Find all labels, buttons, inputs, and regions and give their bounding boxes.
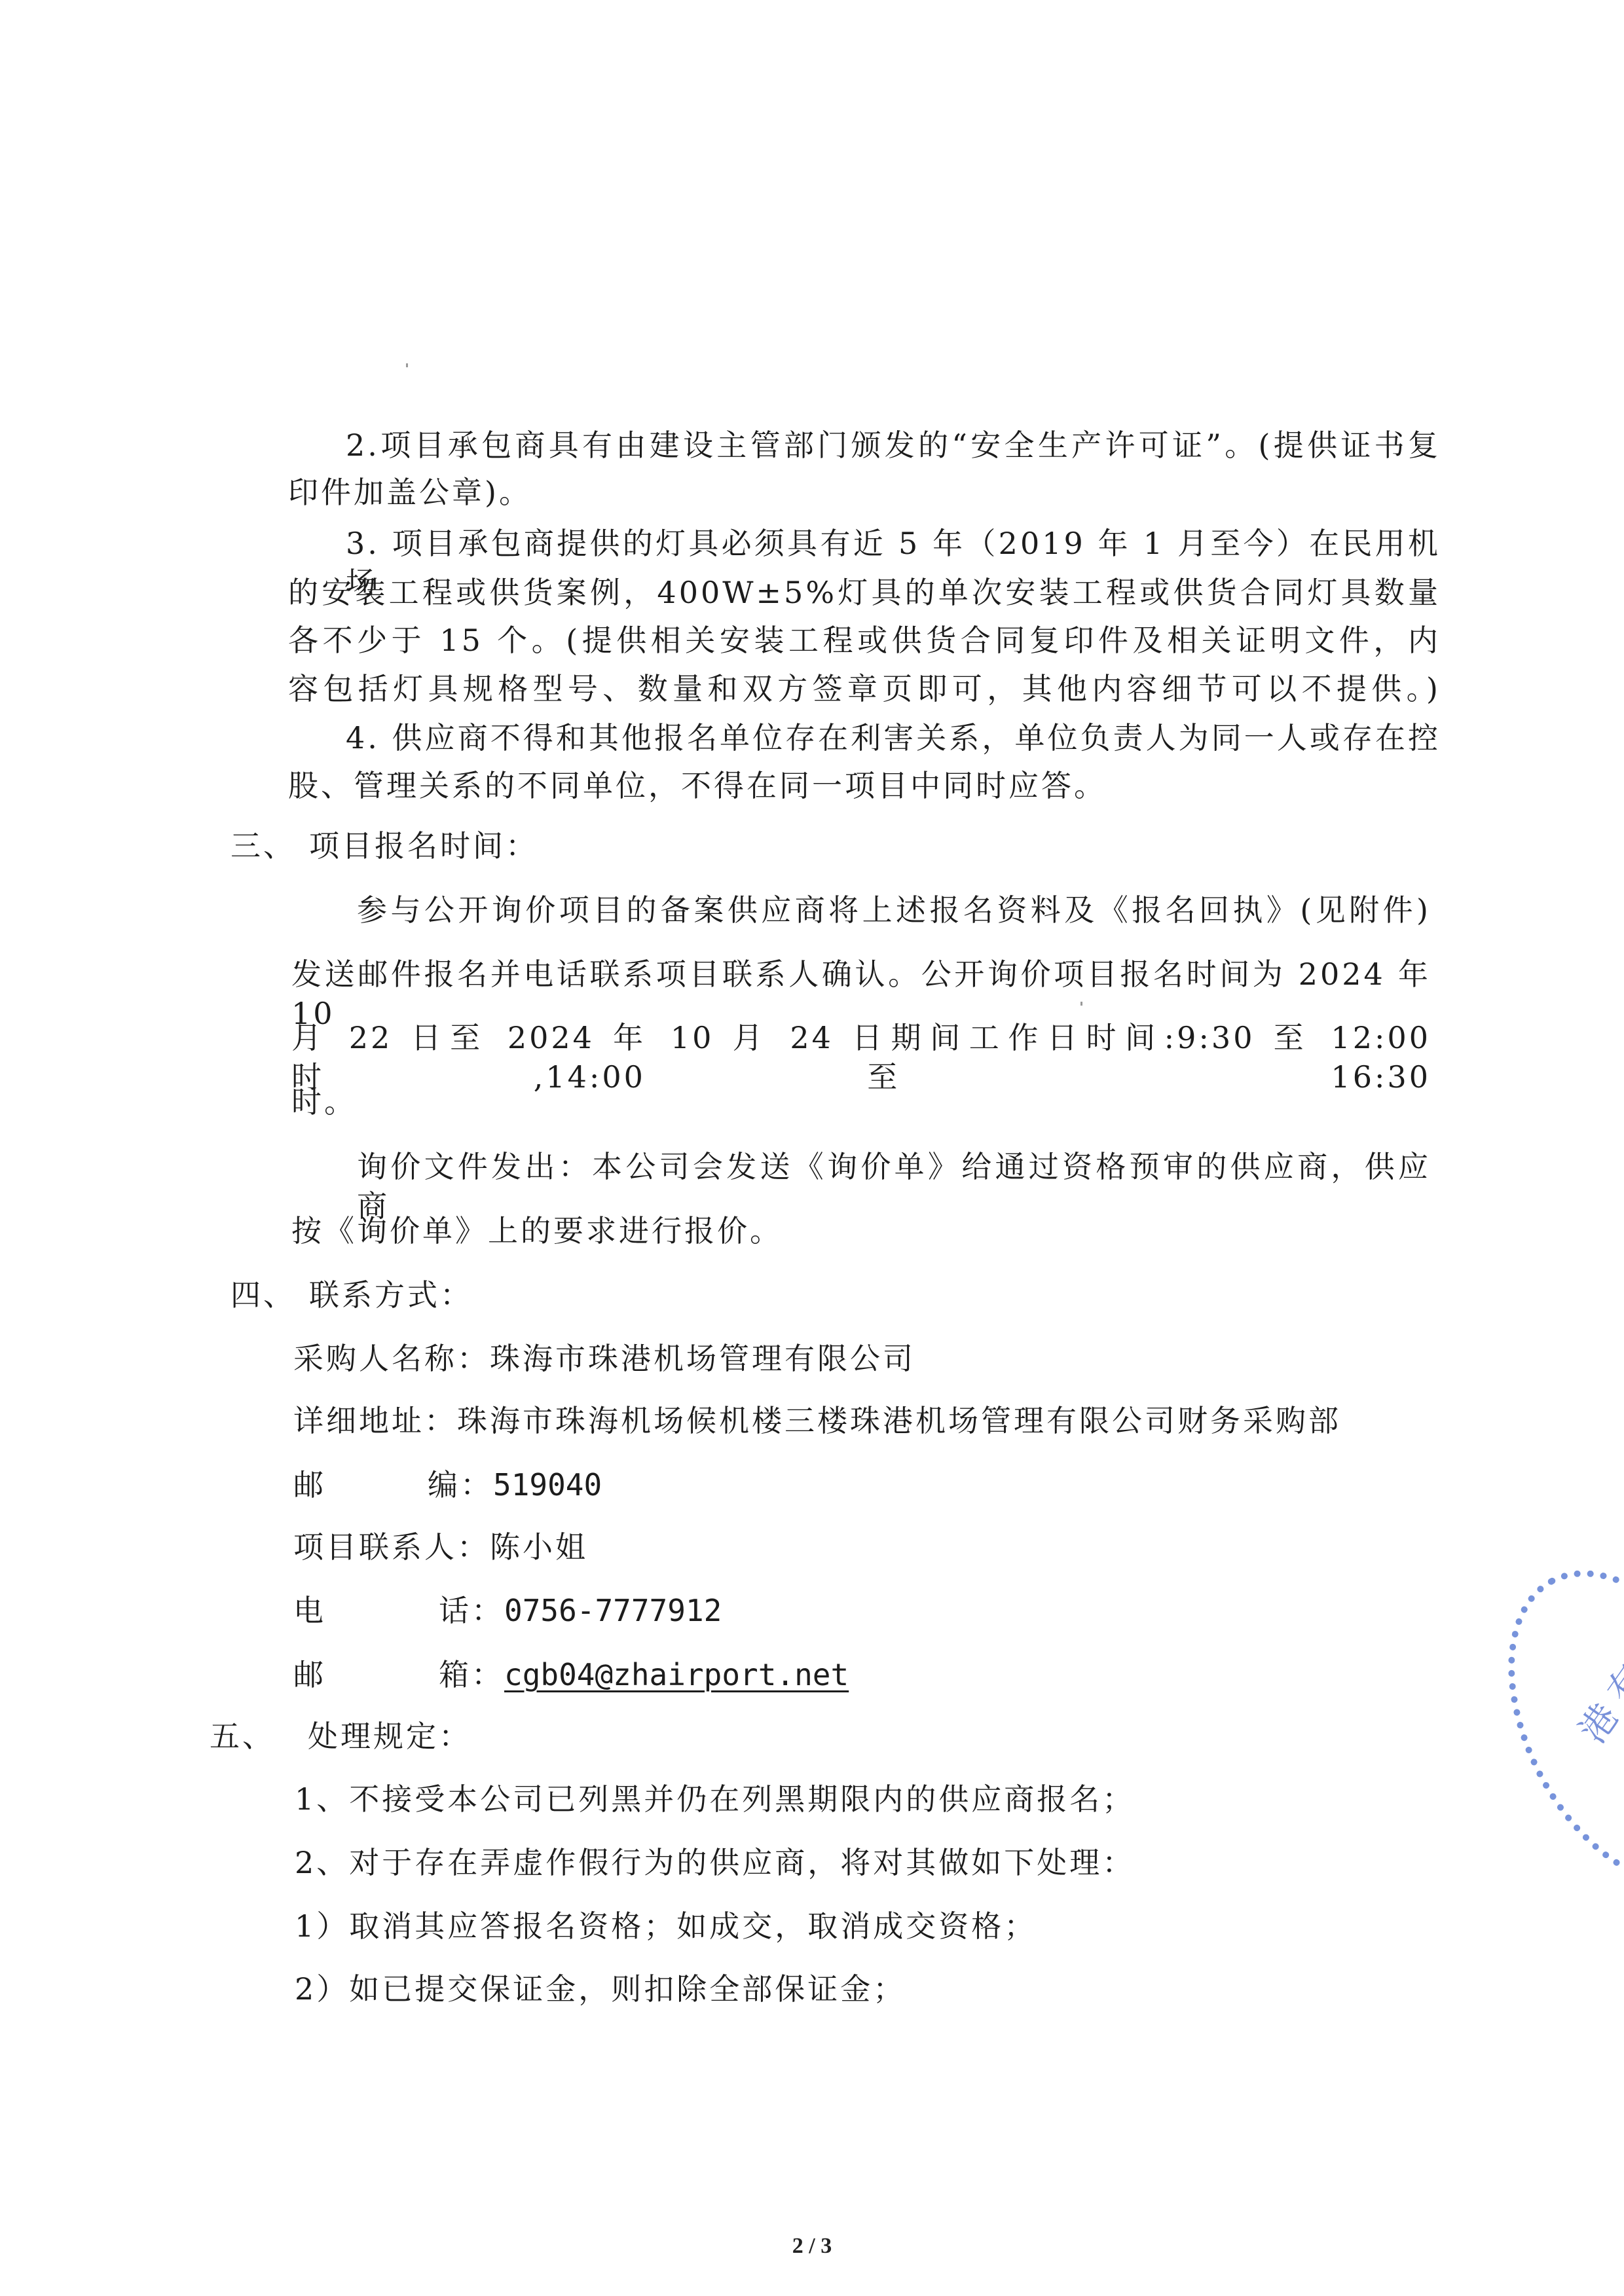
section-4-title: 联系方式： bbox=[309, 1277, 473, 1313]
section-3-paragraph-2-line-2: 按《询价单》上的要求进行报价。 bbox=[291, 1211, 783, 1250]
section-3-number: 三、 bbox=[231, 826, 309, 866]
section-4-heading: 四、联系方式： bbox=[231, 1275, 473, 1315]
email-label-b: 箱： bbox=[439, 1657, 504, 1692]
rule-item-2-sub-2: 2）如已提交保证金，则扣除全部保证金； bbox=[295, 1969, 906, 2009]
contact-person-value: 陈小姐 bbox=[490, 1529, 588, 1565]
purchaser-name-label: 采购人名称： bbox=[293, 1341, 490, 1376]
section-3-title: 项目报名时间： bbox=[309, 828, 538, 864]
qualification-item-3-line-2: 的安装工程或供货案例，400W±5%灯具的单次安装工程或供货合同灯具数量 bbox=[288, 573, 1441, 612]
purchaser-name-row: 采购人名称：珠海市珠港机场管理有限公司 bbox=[293, 1339, 915, 1378]
purchaser-name-value: 珠海市珠港机场管理有限公司 bbox=[490, 1341, 915, 1376]
scan-speck bbox=[1080, 1002, 1082, 1006]
section-3-paragraph-1-line-1: 参与公开询价项目的备案供应商将上述报名资料及《报名回执》(见附件) bbox=[357, 890, 1431, 930]
section-3-paragraph-1-line-4: 时。 bbox=[291, 1082, 357, 1121]
email-label-wrap: 邮 bbox=[293, 1655, 411, 1694]
rule-item-2: 2、对于存在弄虚作假行为的供应商，将对其做如下处理： bbox=[295, 1843, 1135, 1882]
email-link[interactable]: cgb04@zhairport.net bbox=[504, 1657, 849, 1692]
qualification-item-2-line-1: 2.项目承包商具有由建设主管部门颁发的“安全生产许可证”。(提供证书复 bbox=[346, 426, 1441, 465]
scan-speck bbox=[406, 363, 408, 367]
section-3-paragraph-1-line-3: 月 22 日至 2024 年 10 月 24 日期间工作日时间:9:30 至 1… bbox=[291, 1018, 1431, 1097]
postcode-label-wrap: 邮 bbox=[293, 1465, 428, 1504]
page-number: 2 / 3 bbox=[0, 2234, 1624, 2259]
contact-person-label: 项目联系人： bbox=[293, 1529, 490, 1565]
postcode-label-b: 编： bbox=[428, 1467, 493, 1503]
section-4-number: 四、 bbox=[231, 1275, 309, 1315]
address-label: 详细地址： bbox=[293, 1403, 457, 1438]
qualification-item-4-line-1: 4. 供应商不得和其他报名单位存在利害关系，单位负责人为同一人或存在控 bbox=[346, 718, 1441, 757]
phone-label-a: 电 bbox=[293, 1593, 326, 1628]
section-5-heading: 五、处理规定： bbox=[210, 1717, 471, 1756]
section-3-heading: 三、项目报名时间： bbox=[231, 826, 538, 866]
qualification-item-4-line-2: 股、管理关系的不同单位，不得在同一项目中同时应答。 bbox=[288, 766, 1107, 805]
email-row: 邮箱：cgb04@zhairport.net bbox=[293, 1655, 849, 1694]
postcode-row: 邮编：519040 bbox=[293, 1465, 602, 1504]
phone-label-b: 话： bbox=[439, 1593, 504, 1628]
rule-item-1: 1、不接受本公司已列黑并仍在列黑期限内的供应商报名； bbox=[295, 1779, 1135, 1819]
qualification-item-3-line-4: 容包括灯具规格型号、数量和双方签章页即可，其他内容细节可以不提供。) bbox=[288, 669, 1441, 708]
section-5-title: 处理规定： bbox=[308, 1719, 471, 1754]
section-5-number: 五、 bbox=[210, 1717, 308, 1756]
rule-item-2-sub-1: 1）取消其应答报名资格；如成交，取消成交资格； bbox=[295, 1906, 1037, 1946]
address-value: 珠海市珠海机场候机楼三楼珠港机场管理有限公司财务采购部 bbox=[457, 1403, 1341, 1438]
contact-person-row: 项目联系人：陈小姐 bbox=[293, 1527, 588, 1567]
phone-value: 0756-7777912 bbox=[504, 1593, 722, 1628]
document-page: 2.项目承包商具有由建设主管部门颁发的“安全生产许可证”。(提供证书复 印件加盖… bbox=[0, 0, 1624, 2296]
phone-row: 电话：0756-7777912 bbox=[293, 1591, 722, 1630]
postcode-label-a: 邮 bbox=[293, 1467, 326, 1503]
phone-label-wrap: 电 bbox=[293, 1591, 411, 1630]
address-row: 详细地址：珠海市珠海机场候机楼三楼珠港机场管理有限公司财务采购部 bbox=[293, 1401, 1341, 1440]
postcode-value: 519040 bbox=[493, 1467, 602, 1503]
email-label-a: 邮 bbox=[293, 1657, 326, 1692]
qualification-item-2-line-2: 印件加盖公章)。 bbox=[288, 473, 532, 512]
qualification-item-3-line-3: 各不少于 15 个。(提供相关安装工程或供货合同复印件及相关证明文件，内 bbox=[288, 621, 1441, 660]
